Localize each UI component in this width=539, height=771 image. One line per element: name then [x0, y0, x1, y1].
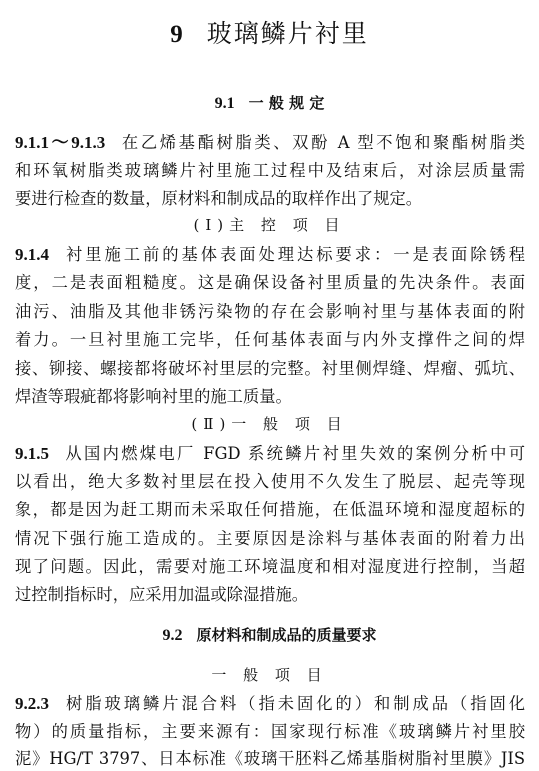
paragraph-line: 过控制指标时，应采用加温或除湿措施。 [15, 583, 525, 607]
paragraph-line: 9.2.3树脂玻璃鳞片混合料（指未固化的）和制成品（指固化 [15, 692, 525, 716]
paragraph-line: 象，都是因为赶工期而未采取任何措施，在低温环境和湿度超标的 [15, 498, 525, 522]
chapter-number: 9 [170, 21, 185, 48]
section-heading-9-1: 9.1一 般 规 定 [0, 92, 539, 113]
line-text: 树脂玻璃鳞片混合料（指未固化的）和制成品（指固化 [63, 694, 525, 713]
section-number: 9.2 [162, 627, 182, 644]
paragraph-line: 以看出，绝大多数衬里层在投入使用不久发生了脱层、起壳等现 [15, 470, 525, 494]
paragraph-line: 油污、油脂及其他非锈污染物的存在会影响衬里与基体表面的附 [15, 300, 525, 324]
paragraph-line: 和环氧树脂类玻璃鳞片衬里施工过程中及结束后，对涂层质量需 [15, 159, 525, 183]
paragraph-line: 焊渣等瑕疵都将影响衬里的施工质量。 [15, 385, 525, 409]
paragraph-line: 泥》HG/T 3797、日本标准《玻璃干胚料乙烯基脂树脂衬里膜》JIS [15, 747, 525, 771]
subheading-general-items: (Ⅱ)一 般 项 目 [0, 413, 539, 434]
paragraph-line: 要进行检查的数量，原材料和制成品的取样作出了规定。 [15, 187, 525, 211]
section-number: 9.1 [215, 95, 235, 112]
paragraph-line: 接、铆接、螺接都将破坏衬里层的完整。衬里侧焊缝、焊瘤、弧坑、 [15, 357, 525, 381]
clause-number: 9.1.5 [15, 444, 49, 463]
line-text: 衬里施工前的基体表面处理达标要求：一是表面除锈程 [63, 245, 525, 264]
line-text: 从国内燃煤电厂 FGD 系统鳞片衬里失效的案例分析中可 [63, 444, 525, 463]
paragraph-line: 9.1.4衬里施工前的基体表面处理达标要求：一是表面除锈程 [15, 243, 525, 267]
section-heading-9-2: 9.2原材料和制成品的质量要求 [0, 624, 539, 645]
subheading-main-control-items: (Ⅰ)主 控 项 目 [0, 214, 539, 235]
subheading-general-items: 一 般 项 目 [0, 664, 539, 685]
clause-number: 9.1.1～9.1.3 [15, 133, 105, 152]
paragraph-line: 现了问题。因此，需要对施工环境温度和相对湿度进行控制，当超 [15, 555, 525, 579]
paragraph-line: 物）的质量指标，主要来源有：国家现行标准《玻璃鳞片衬里胶 [15, 720, 525, 744]
section-title-text: 一 般 规 定 [249, 94, 325, 112]
paragraph-line: 情况下强行施工造成的。主要原因是涂料与基体表面的附着力出 [15, 527, 525, 551]
paragraph-line: 着力。一旦衬里施工完毕，任何基体表面与内外支撑件之间的焊 [15, 328, 525, 352]
section-title-text: 原材料和制成品的质量要求 [196, 626, 376, 644]
chapter-title: 9玻璃鳞片衬里 [0, 14, 539, 50]
chapter-title-text: 玻璃鳞片衬里 [207, 19, 369, 48]
paragraph-line: 9.1.1～9.1.3在乙烯基酯树脂类、双酚 A 型不饱和聚酯树脂类 [15, 131, 525, 155]
line-text: 在乙烯基酯树脂类、双酚 A 型不饱和聚酯树脂类 [119, 133, 525, 152]
clause-number: 9.2.3 [15, 694, 49, 713]
paragraph-line: 度，二是表面粗糙度。这是确保设备衬里质量的先决条件。表面 [15, 271, 525, 295]
paragraph-line: 9.1.5从国内燃煤电厂 FGD 系统鳞片衬里失效的案例分析中可 [15, 442, 525, 466]
clause-number: 9.1.4 [15, 245, 49, 264]
document-page: 9玻璃鳞片衬里 9.1一 般 规 定 9.1.1～9.1.3在乙烯基酯树脂类、双… [0, 0, 539, 771]
